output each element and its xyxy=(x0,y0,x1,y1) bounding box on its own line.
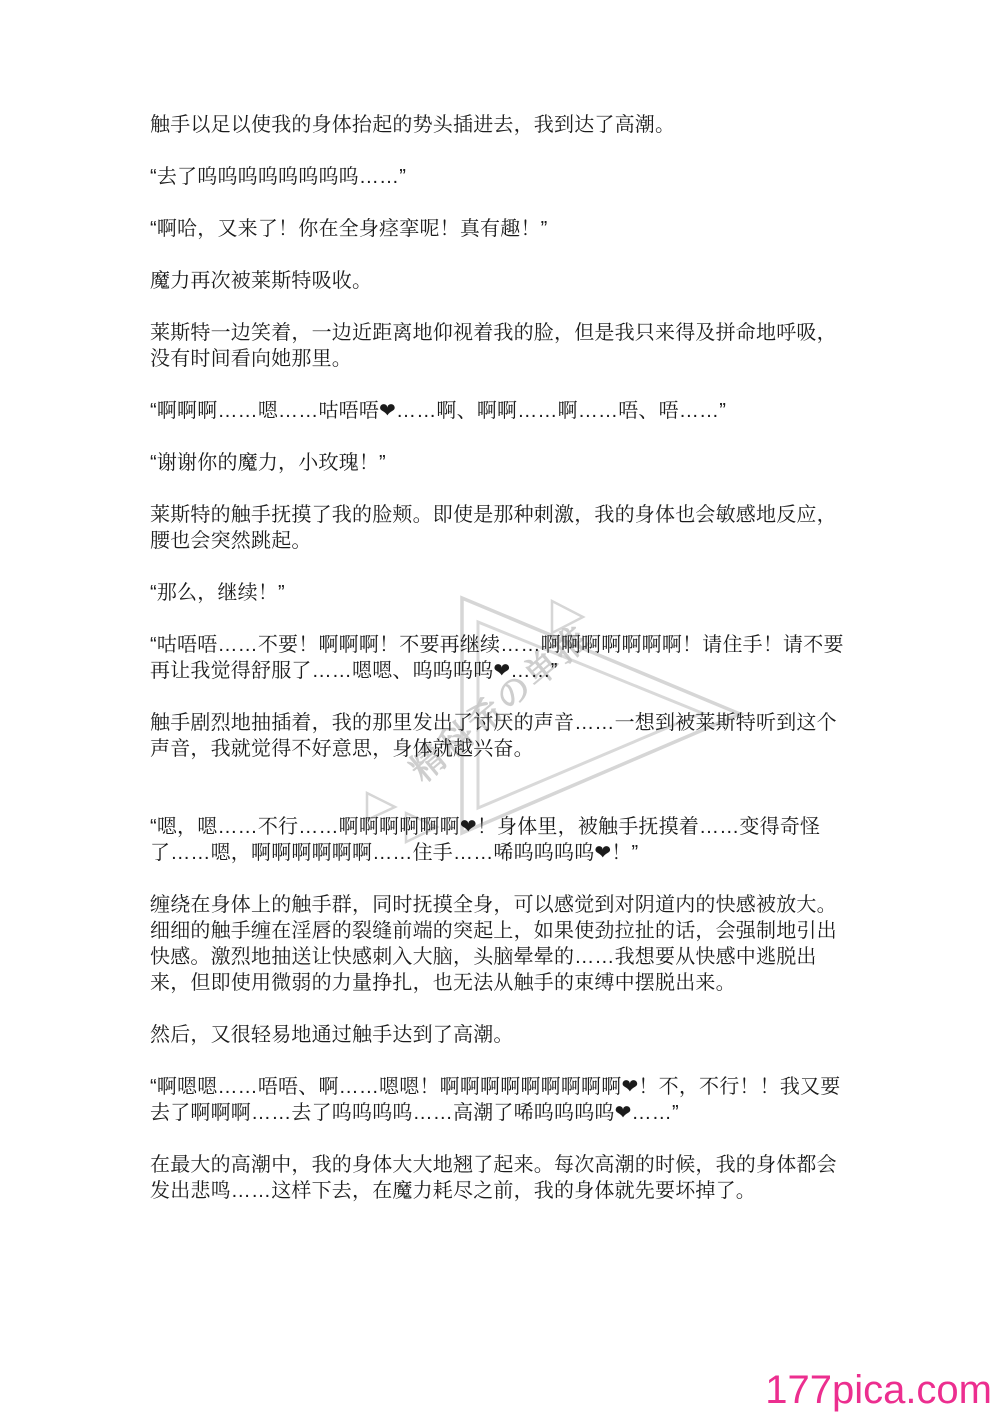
document-page: 精科希の单推 触手以足以使我的身体抬起的势头插进去，我到达了高潮。 “去了呜呜呜… xyxy=(0,0,1000,1414)
story-text-block: 触手以足以使我的身体抬起的势头插进去，我到达了高潮。 “去了呜呜呜呜呜呜呜呜……… xyxy=(150,112,856,1230)
story-paragraph: “嗯，嗯……不行……啊啊啊啊啊啊❤︎！身体里，被触手抚摸着……变得奇怪了……嗯，… xyxy=(150,814,856,866)
story-paragraph: “咕唔唔……不要！啊啊啊！不要再继续……啊啊啊啊啊啊啊！请住手！请不要再让我觉得… xyxy=(150,632,856,684)
story-paragraph: “那么，继续！” xyxy=(150,580,856,606)
story-paragraph: “啊嗯嗯……唔唔、啊……嗯嗯！啊啊啊啊啊啊啊啊啊❤︎！不，不行！！我又要去了啊啊… xyxy=(150,1074,856,1126)
story-paragraph: “啊哈，又来了！你在全身痉挛呢！真有趣！” xyxy=(150,216,856,242)
story-paragraph: 魔力再次被莱斯特吸收。 xyxy=(150,268,856,294)
story-paragraph: “去了呜呜呜呜呜呜呜呜……” xyxy=(150,164,856,190)
story-paragraph: 缠绕在身体上的触手群，同时抚摸全身，可以感觉到对阴道内的快感被放大。细细的触手缠… xyxy=(150,892,856,996)
story-paragraph: 触手剧烈地抽插着，我的那里发出了讨厌的声音……一想到被莱斯特听到这个声音，我就觉… xyxy=(150,710,856,762)
site-watermark: 177pica.com xyxy=(765,1370,992,1410)
story-paragraph: “啊啊啊……嗯……咕唔唔❤︎……啊、啊啊……啊……唔、唔……” xyxy=(150,398,856,424)
story-paragraph: 触手以足以使我的身体抬起的势头插进去，我到达了高潮。 xyxy=(150,112,856,138)
story-paragraph: 然后，又很轻易地通过触手达到了高潮。 xyxy=(150,1022,856,1048)
story-paragraph: “谢谢你的魔力，小玫瑰！” xyxy=(150,450,856,476)
story-paragraph: 莱斯特一边笑着，一边近距离地仰视着我的脸，但是我只来得及拼命地呼吸，没有时间看向… xyxy=(150,320,856,372)
story-paragraph: 在最大的高潮中，我的身体大大地翘了起来。每次高潮的时候，我的身体都会发出悲鸣……… xyxy=(150,1152,856,1204)
story-paragraph: 莱斯特的触手抚摸了我的脸颊。即使是那种刺激，我的身体也会敏感地反应，腰也会突然跳… xyxy=(150,502,856,554)
